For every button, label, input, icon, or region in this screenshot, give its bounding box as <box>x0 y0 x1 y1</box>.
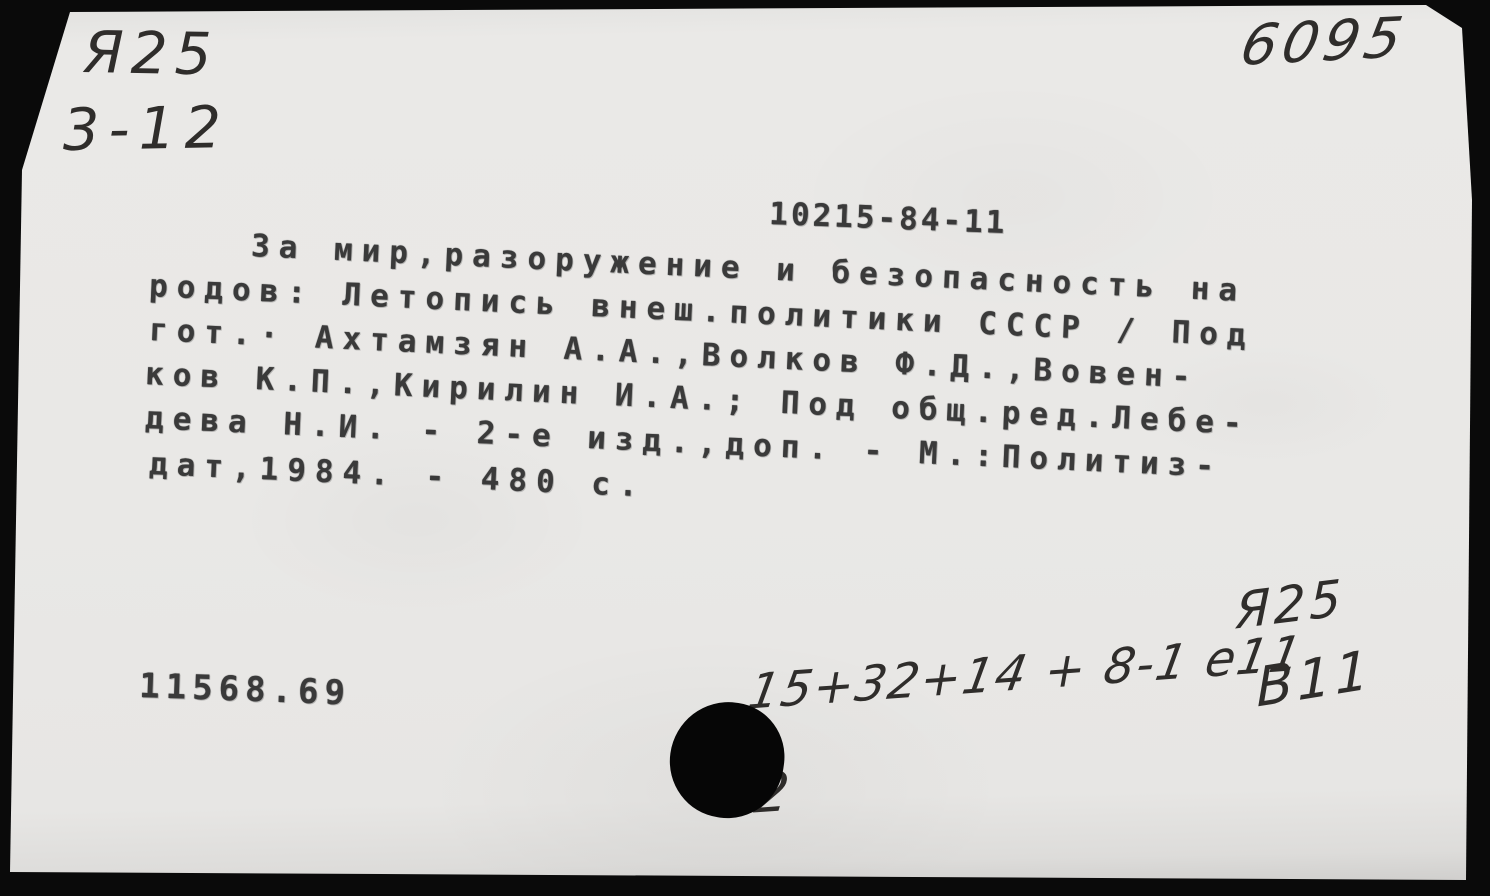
handwritten-shelf-code-bottom: Я25 <box>1235 569 1346 641</box>
typed-index-code: 10215-84-11 <box>769 196 1009 241</box>
scan-background: Я25 3-12 6095 10215-84-11 За мир,разоруж… <box>0 0 1490 896</box>
handwritten-inventory-number: 6095 <box>1235 5 1412 78</box>
catalog-card: Я25 3-12 6095 10215-84-11 За мир,разоруж… <box>0 0 1490 896</box>
handwritten-calculation-note: 15+32+14 + 8-1 е11 <box>744 625 1307 721</box>
handwritten-shelf-index-top: 3-12 <box>62 93 231 164</box>
handwritten-shelf-code-top: Я25 <box>83 18 219 88</box>
typed-accession-number: 11568.69 <box>139 666 352 713</box>
